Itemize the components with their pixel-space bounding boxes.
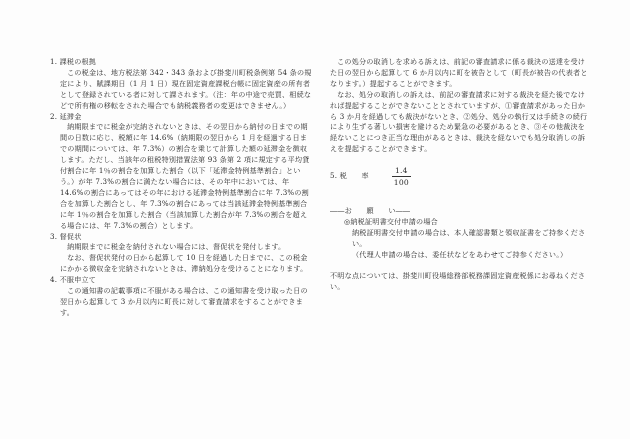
request-body: 納税証明書交付申請の場合は、本人確認書類と領収証書をご持参ください。 (330, 228, 588, 250)
tax-rate-numerator: 1.4 (392, 165, 411, 177)
section-paragraph: 納期限までに税金が完納されないときは、その翌日から納付の日までの期間の日数に応じ… (50, 122, 312, 231)
tax-rate-denominator: 100 (394, 177, 409, 188)
request-subheading: ◎納税証明書交付申請の場合 (330, 217, 588, 228)
section-heading: 2. 延滞金 (50, 112, 312, 123)
section-reminder: 3. 督促状 納期限までに税金を納付されない場合には、督促状を発付します。 なお… (50, 232, 312, 276)
tax-rate-label: 5. 税 率 (330, 171, 392, 182)
tax-rate-fraction: 1.4 100 (392, 165, 411, 188)
request-heading: ――お 願 い―― (330, 206, 588, 217)
section-paragraph: この税金は、地方税法第 342・343 条および掛斐川町税条例第 54 条の規定… (50, 68, 312, 112)
section-heading: 4. 不服申立て (50, 275, 312, 286)
section-paragraph: 納期限までに税金を納付されない場合には、督促状を発付します。 (50, 242, 312, 253)
section-paragraph: なお、督促状発付の日から起算して 10 日を経過した日までに、この税金にかかる徴… (50, 253, 312, 275)
section-heading: 1. 課税の根拠 (50, 57, 312, 68)
tax-rate: 5. 税 率 1.4 100 (330, 165, 588, 188)
section-basis: 1. 課税の根拠 この税金は、地方税法第 342・343 条および掛斐川町税条例… (50, 57, 312, 112)
left-column: 1. 課税の根拠 この税金は、地方税法第 342・343 条および掛斐川町税条例… (50, 57, 312, 319)
lawsuit-note-paragraph: なお、処分の取消しの訴えは、前記の審査請求に対する裁決を経た後でなければ提起する… (330, 90, 588, 155)
contact-closing: 不明な点については、掛斐川町役場総務部税務課固定資産税係にお尋ねください。 (330, 271, 588, 293)
right-column: この処分の取消しを求める訴えは、前記の審査請求に係る裁決の送達を受けた日の翌日か… (330, 57, 588, 293)
section-appeal: 4. 不服申立て この通知書の記載事項に不服がある場合は、この通知書を受け取った… (50, 275, 312, 319)
request-note: （代理人申請の場合は、委任状などをあわせてご持参ください。） (330, 250, 588, 261)
section-paragraph: この通知書の記載事項に不服がある場合は、この通知書を受け取った日の翌日から起算し… (50, 286, 312, 319)
lawsuit-paragraph: この処分の取消しを求める訴えは、前記の審査請求に係る裁決の送達を受けた日の翌日か… (330, 57, 588, 90)
section-late-fee: 2. 延滞金 納期限までに税金が完納されないときは、その翌日から納付の日までの期… (50, 112, 312, 232)
section-heading: 3. 督促状 (50, 232, 312, 243)
